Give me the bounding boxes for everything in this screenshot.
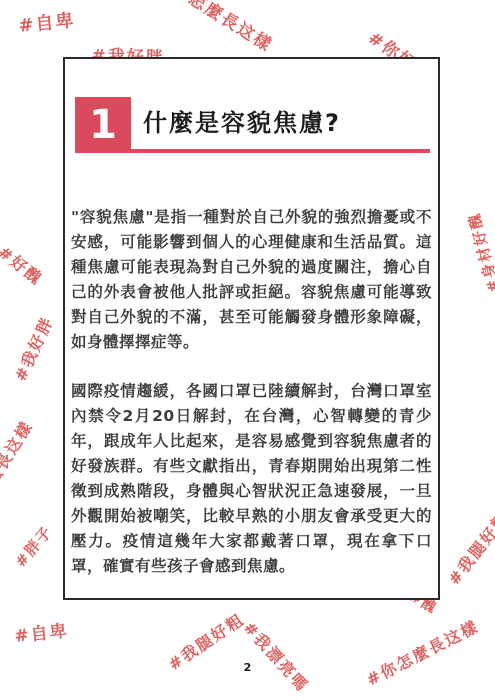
hashtag-decoration: #你怎麼長这樣: [362, 614, 482, 691]
body-text-block: "容貌焦慮"是指一種對於自己外貌的強烈擔憂或不安感，可能影響到個人的心理健康和生…: [71, 205, 432, 603]
hashtag-decoration: #胖子: [10, 521, 57, 572]
section-number: 1: [89, 102, 117, 148]
section-number-badge: 1: [75, 97, 131, 153]
hashtag-decoration: #你怎麼長这樣: [155, 0, 279, 56]
hashtag-decoration: #我腿好粗: [442, 506, 495, 589]
page-number: 2: [0, 661, 495, 674]
hashtag-decoration: #自卑: [13, 616, 70, 647]
hashtag-decoration: #我好胖: [8, 312, 58, 385]
hashtag-decoration: #自卑: [17, 6, 76, 38]
title-underline-rule: [75, 149, 430, 153]
hashtag-decoration: #我漂亮嗎: [239, 616, 315, 696]
body-paragraph: 國際疫情趨緩，各國口罩已陸續解封，台灣口罩室內禁令2月20日解封，在台灣，心智轉…: [71, 379, 432, 579]
hashtag-decoration: #好醜: [0, 240, 49, 290]
body-paragraph: "容貌焦慮"是指一種對於自己外貌的強烈擔憂或不安感，可能影響到個人的心理健康和生…: [71, 205, 432, 355]
section-title: 什麼是容貌焦慮?: [143, 103, 341, 138]
hashtag-decoration: #怎麼長这樣: [0, 416, 37, 518]
content-card: 1 什麼是容貌焦慮? "容貌焦慮"是指一種對於自己外貌的強烈擔憂或不安感，可能影…: [63, 57, 440, 600]
hashtag-decoration: #身材好醜: [463, 210, 495, 295]
